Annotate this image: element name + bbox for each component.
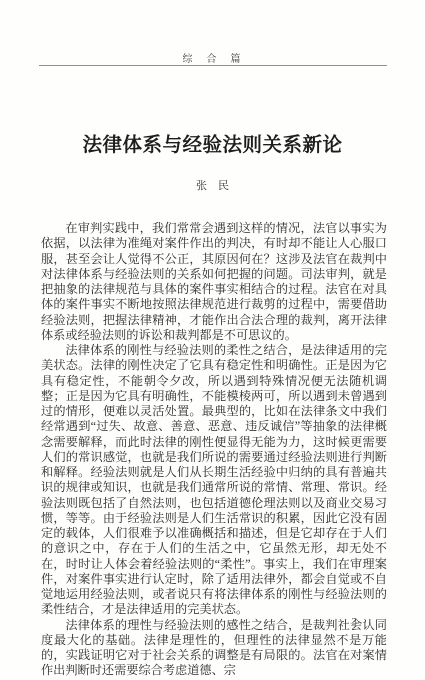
page-number: · 3 ·: [342, 617, 370, 628]
paragraph-2: 法律体系的刚性与经验法则的柔性之结合，是法律适用的完美状态。法律的刚性决定了它具…: [41, 343, 387, 618]
header-rule: [39, 65, 387, 66]
article-author: 张 民: [0, 177, 425, 193]
book-page: 综 合 篇 法律体系与经验法则关系新论 张 民 在审判实践中，我们常常会遇到这样…: [0, 0, 425, 680]
paragraph-1: 在审判实践中，我们常常会遇到这样的情况，法官以事实为依据，以法律为准绳对案件作出…: [41, 221, 387, 343]
article-body: 在审判实践中，我们常常会遇到这样的情况，法官以事实为依据，以法律为准绳对案件作出…: [41, 221, 387, 679]
article-title: 法律体系与经验法则关系新论: [0, 129, 425, 157]
paragraph-3: 法律体系的理性与经验法则的感性之结合，是裁判社会认同度最大化的基础。法律是理性的…: [41, 618, 387, 679]
running-header: 综 合 篇: [0, 50, 425, 65]
